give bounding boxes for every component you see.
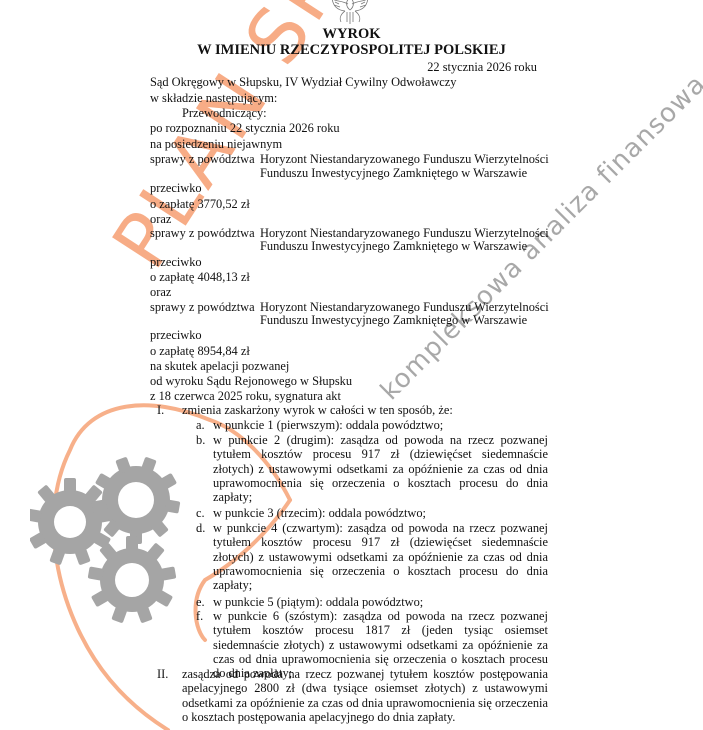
appeal-line-2: od wyroku Sądu Rejonowego w Słupsku xyxy=(150,374,352,389)
case-2-plaintiff-label: sprawy z powództwa xyxy=(150,226,255,241)
case-3-plaintiff-label: sprawy z powództwa xyxy=(150,300,255,315)
case-2-conjunction: oraz xyxy=(150,285,171,300)
case-1-plaintiff-label: sprawy z powództwa xyxy=(150,152,255,167)
presiding-label: Przewodniczący: xyxy=(182,106,267,121)
item-b-letter: b. xyxy=(196,433,205,448)
item-c-text: w punkcie 3 (trzecim): oddala powództwo; xyxy=(213,506,548,520)
judgment-subtitle: W IMIENIU RZECZYPOSPOLITEJ POLSKIEJ xyxy=(0,42,703,59)
item-f-letter: f. xyxy=(196,609,203,624)
judgment-page: PLAN SPLATY kompleksowa analiza finansow… xyxy=(0,0,703,730)
item-a-letter: a. xyxy=(196,418,205,433)
item-e-text: w punkcie 5 (piątym): oddala powództwo; xyxy=(213,595,548,609)
appeal-line-1: na skutek apelacji pozwanej xyxy=(150,359,289,374)
case-2-plaintiff-line2: Funduszu Inwestycyjnego Zamkniętego w Wa… xyxy=(260,239,527,254)
ruling-1-numeral: I. xyxy=(157,403,164,418)
case-1-against: przeciwko xyxy=(150,181,202,196)
item-c-letter: c. xyxy=(196,506,205,521)
case-2-against: przeciwko xyxy=(150,255,202,270)
judgment-title: WYROK xyxy=(0,26,703,43)
item-b-text: w punkcie 2 (drugim): zasądza od powoda … xyxy=(213,433,548,504)
ruling-2-text: zasądza od powoda na rzecz pozwanej tytu… xyxy=(182,667,548,724)
case-2-claim: o zapłatę 4048,13 zł xyxy=(150,270,250,285)
judgment-date: 22 stycznia 2026 roku xyxy=(427,60,537,75)
case-3-plaintiff-line2: Funduszu Inwestycyjnego Zamkniętego w Wa… xyxy=(260,313,527,328)
case-1-plaintiff-line2: Funduszu Inwestycyjnego Zamkniętego w Wa… xyxy=(260,166,527,181)
case-3-claim: o zapłatę 8954,84 zł xyxy=(150,344,250,359)
item-d-text: w punkcie 4 (czwartym): zasądza od powod… xyxy=(213,521,548,592)
gears-icon xyxy=(30,450,200,630)
appeal-line-3: z 18 czerwca 2025 roku, sygnatura akt xyxy=(150,389,341,404)
session-type: na posiedzeniu niejawnym xyxy=(150,137,282,152)
item-e-letter: e. xyxy=(196,595,205,610)
case-1-claim: o zapłatę 3770,52 zł xyxy=(150,197,250,212)
eagle-emblem-icon xyxy=(327,0,373,26)
ruling-2-numeral: II. xyxy=(157,667,168,682)
item-d-letter: d. xyxy=(196,521,205,536)
ruling-1-text: zmienia zaskarżony wyrok w całości w ten… xyxy=(182,403,548,418)
case-1-conjunction: oraz xyxy=(150,212,171,227)
item-a-text: w punkcie 1 (pierwszym): oddala powództw… xyxy=(213,418,548,432)
hearing-date: po rozpoznaniu 22 stycznia 2026 roku xyxy=(150,121,340,136)
case-3-against: przeciwko xyxy=(150,328,202,343)
case-1-plaintiff-line1: Horyzont Niestandaryzowanego Funduszu Wi… xyxy=(260,152,549,167)
court-name: Sąd Okręgowy w Słupsku, IV Wydział Cywil… xyxy=(150,75,456,90)
composition-label: w składzie następującym: xyxy=(150,91,277,106)
